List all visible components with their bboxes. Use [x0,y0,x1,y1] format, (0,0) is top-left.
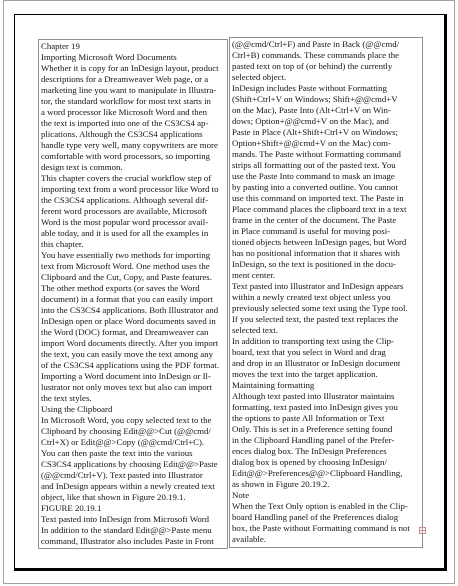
text-line: the CS3CS4 applications. Although severa… [41,195,227,206]
text-line: box, the Paste without Formatting comman… [232,523,422,534]
text-line: Place command places the clipboard text … [232,204,422,215]
text-line: in Place command is useful for moving po… [232,226,422,237]
text-line: marketing line you want to manipulate in… [41,85,227,96]
overset-text-icon [419,527,426,534]
text-line: Using the Clipboard [41,404,227,415]
text-line: Whether it is copy for an InDesign layou… [41,63,227,74]
text-line: Text pasted into InDesign from Microsoft… [41,514,227,525]
text-line: command, Illustrator also includes Paste… [41,536,227,547]
text-line: object, like that shown in Figure 20.19.… [41,492,227,503]
text-line: frame in the center of the document. The… [232,215,422,226]
text-line: mands. The Paste without Formatting comm… [232,149,422,160]
text-line: use the Paste Into command to mask an im… [232,171,422,182]
text-line: the Word (DOC) format, and Dreamweaver c… [41,327,227,338]
text-line: previously selected some text using the … [232,303,422,314]
text-line: importing text from a word processor lik… [41,184,227,195]
text-line: Option+Shift+@@cmd+V on the Mac) com- [232,138,422,149]
text-line: board Handling panel of the Preferences … [232,512,422,523]
text-line: dows; Option+@@cmd+V on the Mac), and [232,116,422,127]
text-line: Ctrl+B) commands. These commands place t… [232,50,422,61]
text-line: as shown in Figure 20.19.2. [232,479,422,490]
text-line: In addition to transporting text using t… [232,336,422,347]
text-line: handle type very well, many copywriters … [41,140,227,151]
text-line: strips all formatting out of the pasted … [232,160,422,171]
text-line: available. [232,534,422,545]
text-line: comfortable with word processors, so imp… [41,151,227,162]
text-line: this chapter. [41,239,227,250]
text-line: Importing Microsoft Word Documents [41,52,227,63]
text-line: ences dialog box. The InDesign Preferenc… [232,446,422,457]
text-line: selected text. [232,325,422,336]
text-line: the options to paste All Information or … [232,413,422,424]
text-line: Although text pasted into Illustrator ma… [232,391,422,402]
text-line: plications. Although the CS3CS4 applicat… [41,129,227,140]
text-line: Edit@@>Preferences@@>Clipboard Handling, [232,468,422,479]
text-line: If you selected text, the pasted text re… [232,314,422,325]
text-line: Ctrl+X) or Edit@@>Copy (@@cmd/Ctrl+C). [41,437,227,448]
text-line: on the Mac), Paste Into (Alt+Ctrl+V on W… [232,105,422,116]
text-line: the text, you can easily move the text a… [41,349,227,360]
text-line: Clipboard and the Cut, Copy, and Paste f… [41,272,227,283]
text-line: formatting, text pasted into InDesign gi… [232,402,422,413]
left-text-frame: Chapter 19Importing Microsoft Word Docum… [38,39,228,549]
text-line: CS3CS4 applications by choosing Edit@@>P… [41,459,227,470]
text-line: within a newly created text object unles… [232,292,422,303]
text-line: into the CS3CS4 applications. Both Illus… [41,305,227,316]
text-line: (Shift+Ctrl+V on Windows; Shift+@@cmd+V [232,94,422,105]
text-line: the text styles. [41,393,227,404]
text-line: board, text that you select in Word and … [232,347,422,358]
text-line: tor, the standard workflow for most text… [41,96,227,107]
text-line: FIGURE 20.19.1 [41,503,227,514]
text-line: text from Microsoft Word. One method use… [41,261,227,272]
document-page: Chapter 19Importing Microsoft Word Docum… [14,14,447,571]
text-line: and drop in an Illustrator or InDesign d… [232,358,422,369]
text-line: Word is the most popular word processor … [41,217,227,228]
text-line: (@@cmd/Ctrl+F) and Paste in Back (@@cmd/ [232,39,422,50]
text-line: You can then paste the text into the var… [41,448,227,459]
text-line: a word processor like Microsoft Word and… [41,107,227,118]
text-line: dialog box is opened by choosing InDesig… [232,457,422,468]
text-line: InDesign, so the text is positioned in t… [232,259,422,270]
text-line: import Word documents directly. After yo… [41,338,227,349]
text-line: Text pasted into Illustrator and InDesig… [232,281,422,292]
text-line: The other method exports (or saves the W… [41,283,227,294]
text-line: by pasting into a converted outline. You… [232,182,422,193]
text-line: document) in a format that you can easil… [41,294,227,305]
viewport-frame: Chapter 19Importing Microsoft Word Docum… [3,0,455,584]
text-line: lustrator not only moves text but also c… [41,382,227,393]
text-line: tioned objects between InDesign pages, b… [232,237,422,248]
text-line: Importing a Word document into InDesign … [41,371,227,382]
text-line: In addition to the standard Edit@@>Paste… [41,525,227,536]
text-line: This chapter covers the crucial workflow… [41,173,227,184]
text-line: has no positional information that it sh… [232,248,422,259]
text-line: InDesign open or place Word documents sa… [41,316,227,327]
text-line: in the Clipboard Handling panel of the P… [232,435,422,446]
text-line: selected object. [232,72,422,83]
text-line: When the Text Only option is enabled in … [232,501,422,512]
text-line: You have essentially two methods for imp… [41,250,227,261]
text-line: descriptions for a Dreamweaver Web page,… [41,74,227,85]
right-text-frame: (@@cmd/Ctrl+F) and Paste in Back (@@cmd/… [229,37,423,548]
text-line: use this command on imported text. The P… [232,193,422,204]
text-line: Paste in Place (Alt+Shift+Ctrl+V on Wind… [232,127,422,138]
text-line: Clipboard by choosing Edit@@>Cut (@@cmd/ [41,426,227,437]
text-line: Chapter 19 [41,41,227,52]
text-line: In Microsoft Word, you copy selected tex… [41,415,227,426]
text-line: Note [232,490,422,501]
text-line: of the CS3CS4 applications using the PDF… [41,360,227,371]
text-line: (@@cmd/Ctrl+V). Text pasted into Illustr… [41,470,227,481]
text-line: the text is imported into one of the CS3… [41,118,227,129]
text-line: ment center. [232,270,422,281]
text-line: moves the text into the target applicati… [232,369,422,380]
text-line: InDesign includes Paste without Formatti… [232,83,422,94]
text-line: and InDesign appears within a newly crea… [41,481,227,492]
text-line: Maintaining formatting [232,380,422,391]
text-line: Only. This is set in a Preference settin… [232,424,422,435]
text-line: design text is common. [41,162,227,173]
text-line: ferent word processors are available, Mi… [41,206,227,217]
text-line: pasted text on top of (or behind) the cu… [232,61,422,72]
text-line: able today, and it is used for all the e… [41,228,227,239]
